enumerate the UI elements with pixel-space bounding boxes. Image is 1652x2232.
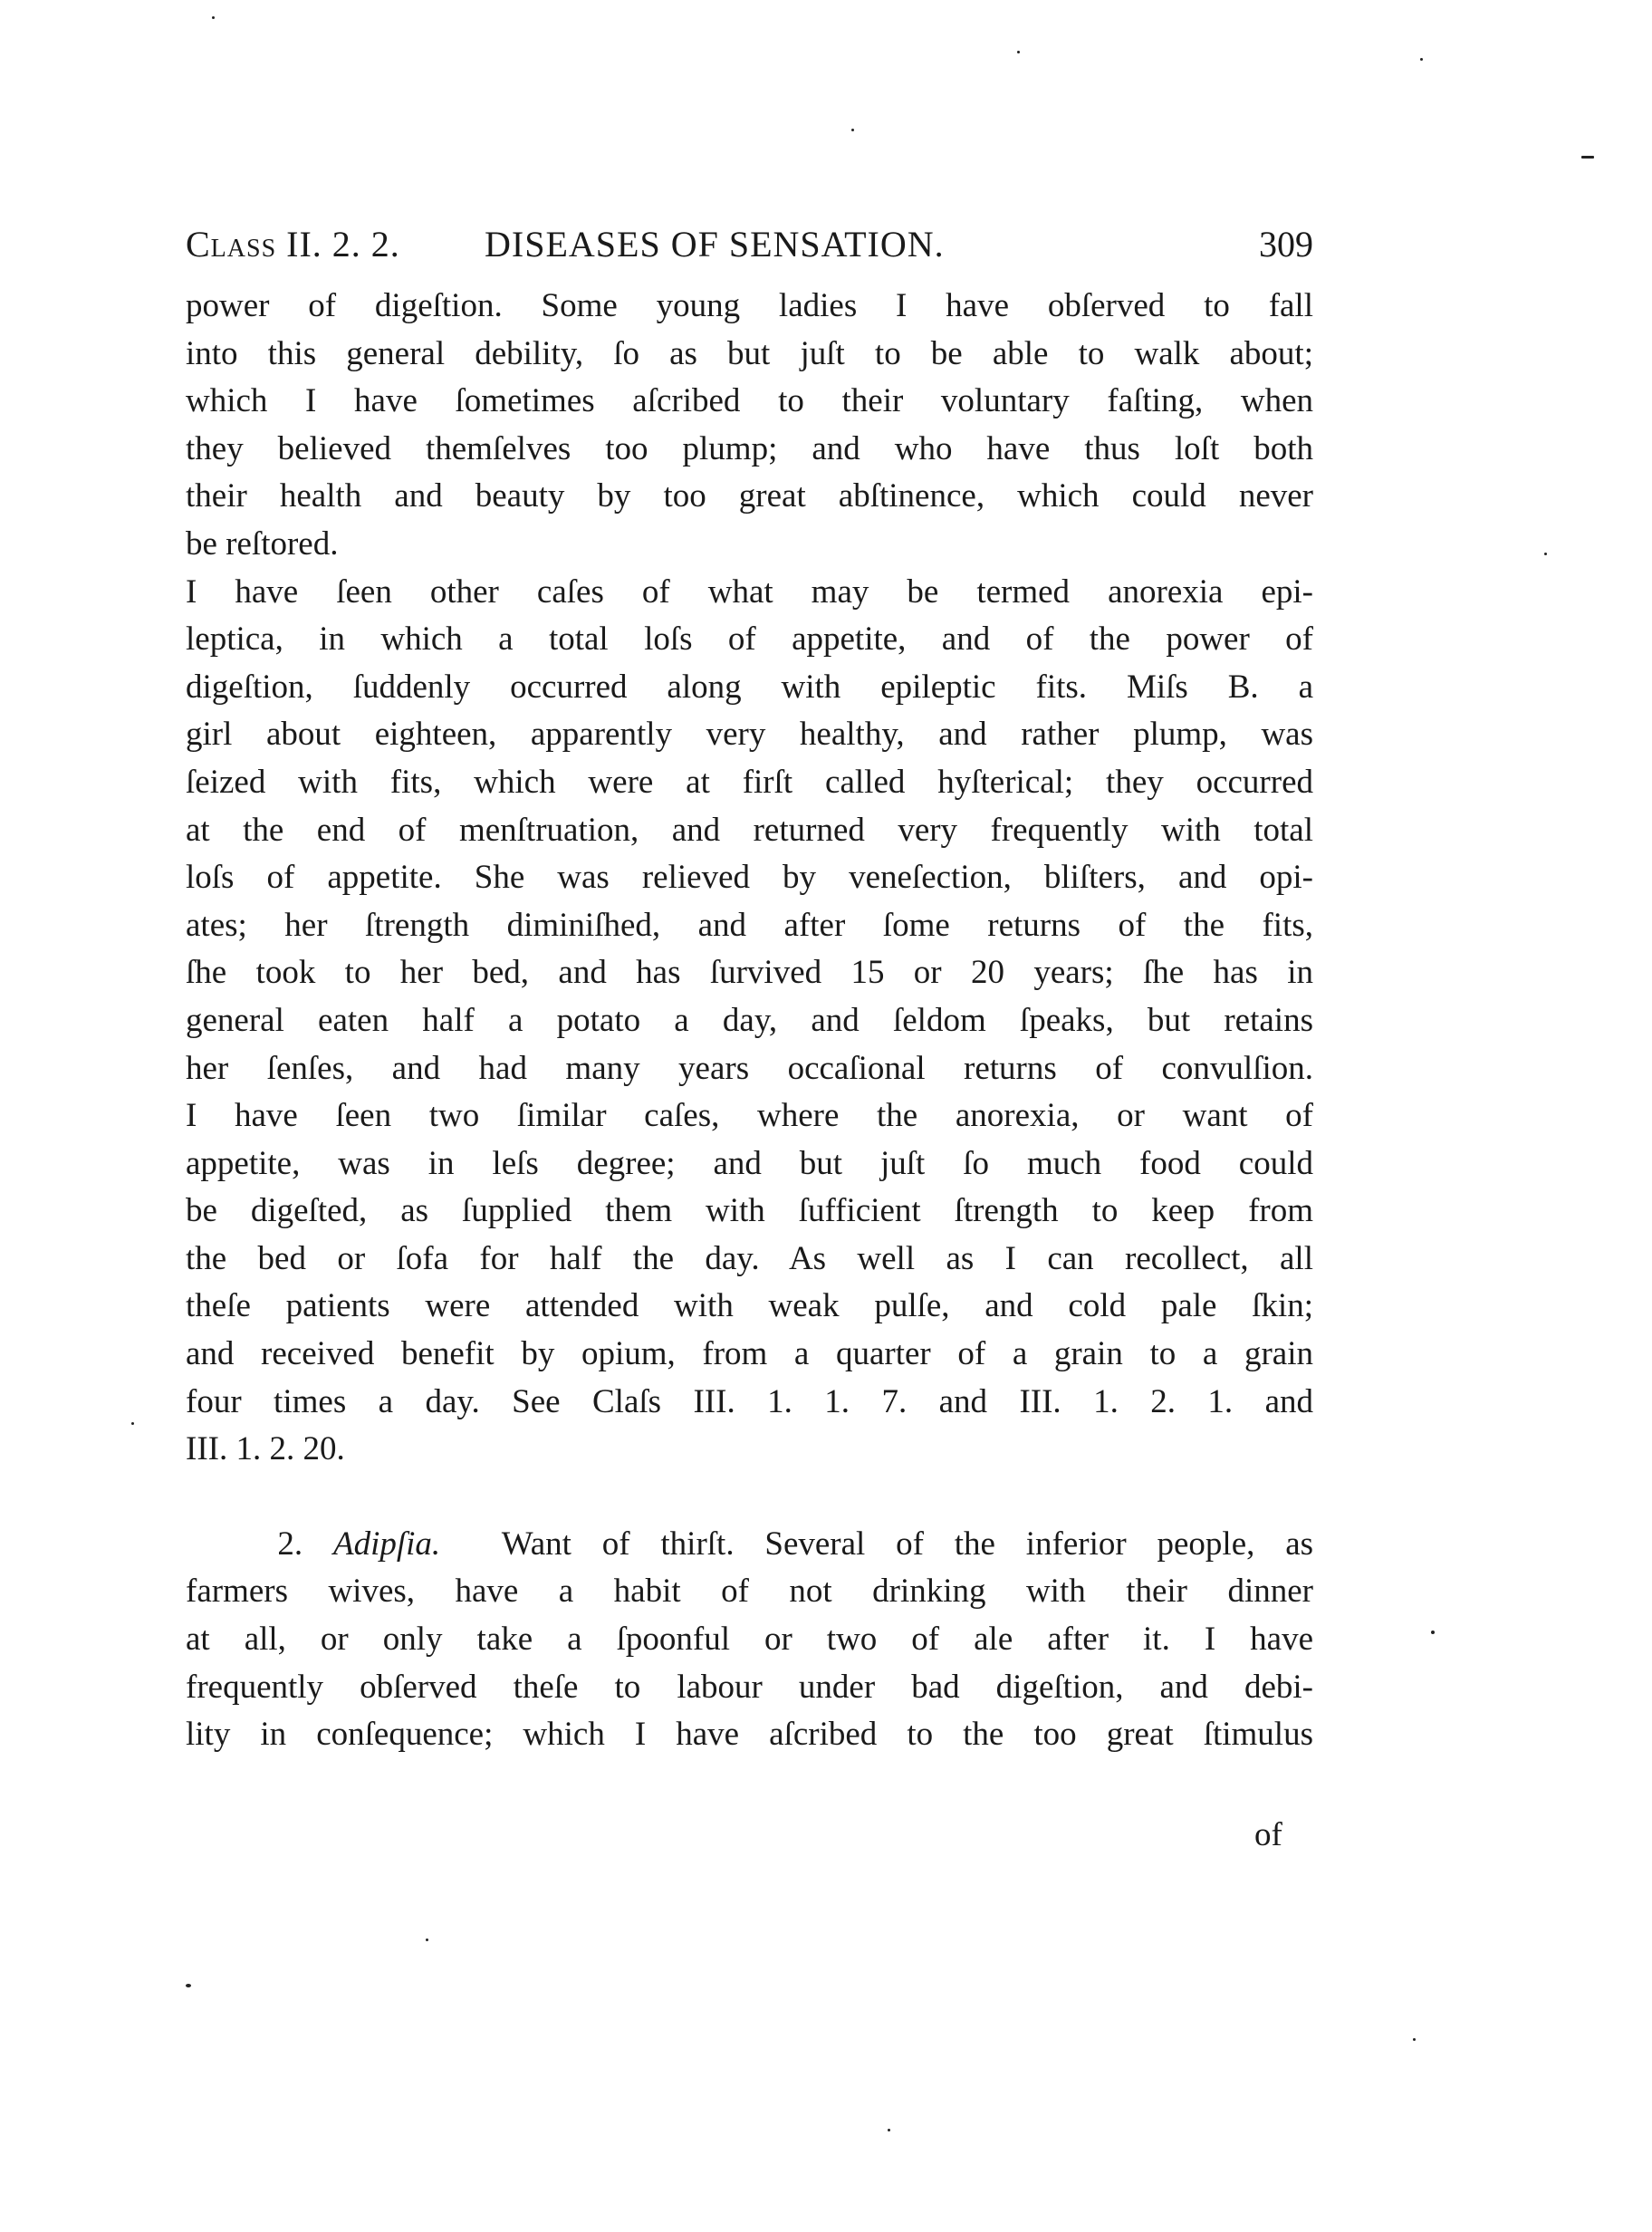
book-page: Class II. 2. 2. DISEASES OF SENSATION. 3…	[0, 0, 1652, 2232]
body-text: power of digeſtion. Some young ladies I …	[186, 283, 1313, 1759]
class-label: Class	[186, 224, 276, 265]
scan-speck	[1431, 1631, 1435, 1634]
text-line: and received benefit by opium, from a qu…	[186, 1331, 1313, 1379]
text-line: digeſtion, ſuddenly occurred along with …	[186, 664, 1313, 712]
scan-speck	[1017, 51, 1020, 53]
text-line: I have ſeen other caſes of what may be t…	[186, 569, 1313, 617]
chapter-title: DISEASES OF SENSATION.	[485, 217, 945, 272]
text-line: which I have ſometimes aſcribed to their…	[186, 378, 1313, 426]
scan-speck	[1581, 156, 1594, 159]
section-term: Adipſia.	[333, 1525, 440, 1563]
text-line: their health and beauty by too great abſ…	[186, 473, 1313, 521]
text-line: be digeſted, as ſupplied them with ſuffi…	[186, 1188, 1313, 1236]
class-number: II. 2. 2.	[286, 224, 400, 265]
scan-speck	[888, 2129, 890, 2131]
text-line: into this general debility, ſo as but ju…	[186, 331, 1313, 379]
scan-speck	[851, 129, 854, 131]
text-line: at the end of menſtruation, and returned…	[186, 807, 1313, 855]
text-line: ſeized with fits, which were at firſt ca…	[186, 759, 1313, 807]
section-adipsia: 2. Adipſia. Want of thirſt. Several of t…	[186, 1521, 1313, 1759]
section-number: 2.	[277, 1525, 303, 1563]
scan-speck	[1420, 58, 1423, 61]
paragraph-2: I have ſeen other caſes of what may be t…	[186, 569, 1313, 1474]
text-line: her ſenſes, and had many years occaſiona…	[186, 1045, 1313, 1093]
text-line: power of digeſtion. Some young ladies I …	[186, 283, 1313, 331]
text-line: loſs of appetite. She was relieved by ve…	[186, 854, 1313, 902]
paragraph-1: power of digeſtion. Some young ladies I …	[186, 283, 1313, 569]
text-line: they believed themſelves too plump; and …	[186, 426, 1313, 474]
text-line: lity in conſequence; which I have aſcrib…	[186, 1711, 1313, 1759]
section-gap	[186, 1474, 1313, 1521]
text-line: I have ſeen two ſimilar caſes, where the…	[186, 1092, 1313, 1140]
text-line: four times a day. See Claſs III. 1. 1. 7…	[186, 1379, 1313, 1427]
scan-speck	[186, 1984, 191, 1987]
catchword: of	[1254, 1812, 1282, 1859]
text-line: frequently obſerved theſe to labour unde…	[186, 1664, 1313, 1712]
scan-speck	[1544, 553, 1547, 555]
section-first-line: Want of thirſt. Several of the inferior …	[502, 1525, 1313, 1563]
text-line: ſhe took to her bed, and has ſurvived 15…	[186, 949, 1313, 997]
text-line: theſe patients were attended with weak p…	[186, 1283, 1313, 1331]
section-heading-line: 2. Adipſia. Want of thirſt. Several of t…	[186, 1521, 1313, 1569]
text-line: III. 1. 2. 20.	[186, 1426, 1313, 1474]
page-number: 309	[1259, 217, 1313, 272]
running-head: Class II. 2. 2. DISEASES OF SENSATION. 3…	[186, 217, 1313, 272]
scan-speck	[1413, 2038, 1416, 2041]
scan-speck	[131, 1422, 134, 1425]
text-line: at all, or only take a ſpoonful or two o…	[186, 1616, 1313, 1664]
text-line: girl about eighteen, apparently very hea…	[186, 711, 1313, 759]
class-reference: Class II. 2. 2.	[186, 217, 400, 272]
text-line: general eaten half a potato a day, and ſ…	[186, 997, 1313, 1045]
text-line: the bed or ſofa for half the day. As wel…	[186, 1236, 1313, 1284]
text-line: leptica, in which a total loſs of appeti…	[186, 616, 1313, 664]
text-line: be reſtored.	[186, 521, 1313, 569]
text-line: farmers wives, have a habit of not drink…	[186, 1568, 1313, 1616]
text-line: appetite, was in leſs degree; and but ju…	[186, 1140, 1313, 1188]
scan-speck	[212, 16, 215, 19]
text-line: ates; her ſtrength diminiſhed, and after…	[186, 902, 1313, 950]
scan-speck	[426, 1939, 428, 1941]
